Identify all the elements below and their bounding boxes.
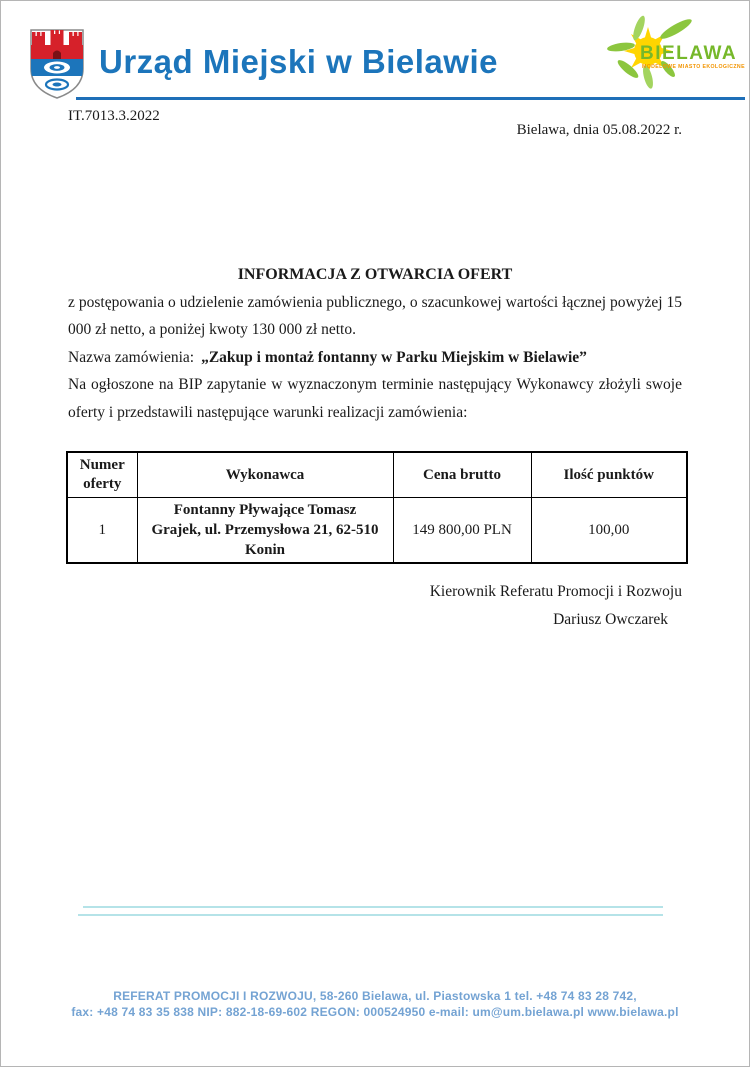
footer-line-2: fax: +48 74 83 35 838 NIP: 882-18-69-602… — [1, 1005, 749, 1021]
header-divider — [76, 97, 745, 100]
offers-table: Numer oferty Wykonawca Cena brutto Ilość… — [66, 451, 688, 564]
document-page: Urząd Miejski w Bielawie BIELAWA — [0, 0, 750, 1067]
col-header-points: Ilość punktów — [531, 452, 687, 498]
paragraph-scope: z postępowania o udzielenie zamówienia p… — [68, 289, 682, 344]
cell-offer-number: 1 — [67, 498, 137, 564]
cell-points: 100,00 — [531, 498, 687, 564]
bielawa-logo: BIELAWA MODELOWE MIASTO EKOLOGICZNE — [596, 11, 746, 96]
order-label: Nazwa zamówienia: — [68, 349, 194, 366]
order-name: „Zakup i montaż fontanny w Parku Miejski… — [201, 349, 587, 366]
paragraph-offers: Na ogłoszone na BIP zapytanie w wyznaczo… — [68, 371, 682, 426]
col-header-gross-price: Cena brutto — [393, 452, 531, 498]
signer-role: Kierownik Referatu Promocji i Rozwoju — [430, 583, 682, 600]
reference-number: IT.7013.3.2022 — [68, 108, 160, 125]
table-header-row: Numer oferty Wykonawca Cena brutto Ilość… — [67, 452, 687, 498]
cell-gross-price: 149 800,00 PLN — [393, 498, 531, 564]
order-name-line: Nazwa zamówienia:„Zakup i montaż fontann… — [68, 344, 682, 372]
table-row: 1 Fontanny Pływające Tomasz Grajek, ul. … — [67, 498, 687, 564]
decorative-line-1 — [83, 906, 663, 908]
city-crest-icon — [26, 27, 88, 101]
page-footer: REFERAT PROMOCJI I ROZWOJU, 58-260 Biela… — [1, 989, 749, 1020]
logo-tagline: MODELOWE MIASTO EKOLOGICZNE — [642, 64, 745, 70]
col-header-contractor: Wykonawca — [137, 452, 393, 498]
dateline: Bielawa, dnia 05.08.2022 r. — [517, 122, 682, 139]
decorative-line-2 — [78, 914, 663, 916]
org-title: Urząd Miejski w Bielawie — [99, 43, 498, 81]
signer-name: Dariusz Owczarek — [430, 606, 682, 634]
cell-contractor: Fontanny Pływające Tomasz Grajek, ul. Pr… — [137, 498, 393, 564]
footer-line-1: REFERAT PROMOCJI I ROZWOJU, 58-260 Biela… — [1, 989, 749, 1005]
col-header-offer-number: Numer oferty — [67, 452, 137, 498]
signature-block: Kierownik Referatu Promocji i Rozwoju Da… — [430, 578, 682, 633]
document-body: INFORMACJA Z OTWARCIA OFERT z postępowan… — [68, 261, 682, 426]
logo-city-name: BIELAWA — [640, 43, 737, 64]
document-title: INFORMACJA Z OTWARCIA OFERT — [68, 261, 682, 289]
